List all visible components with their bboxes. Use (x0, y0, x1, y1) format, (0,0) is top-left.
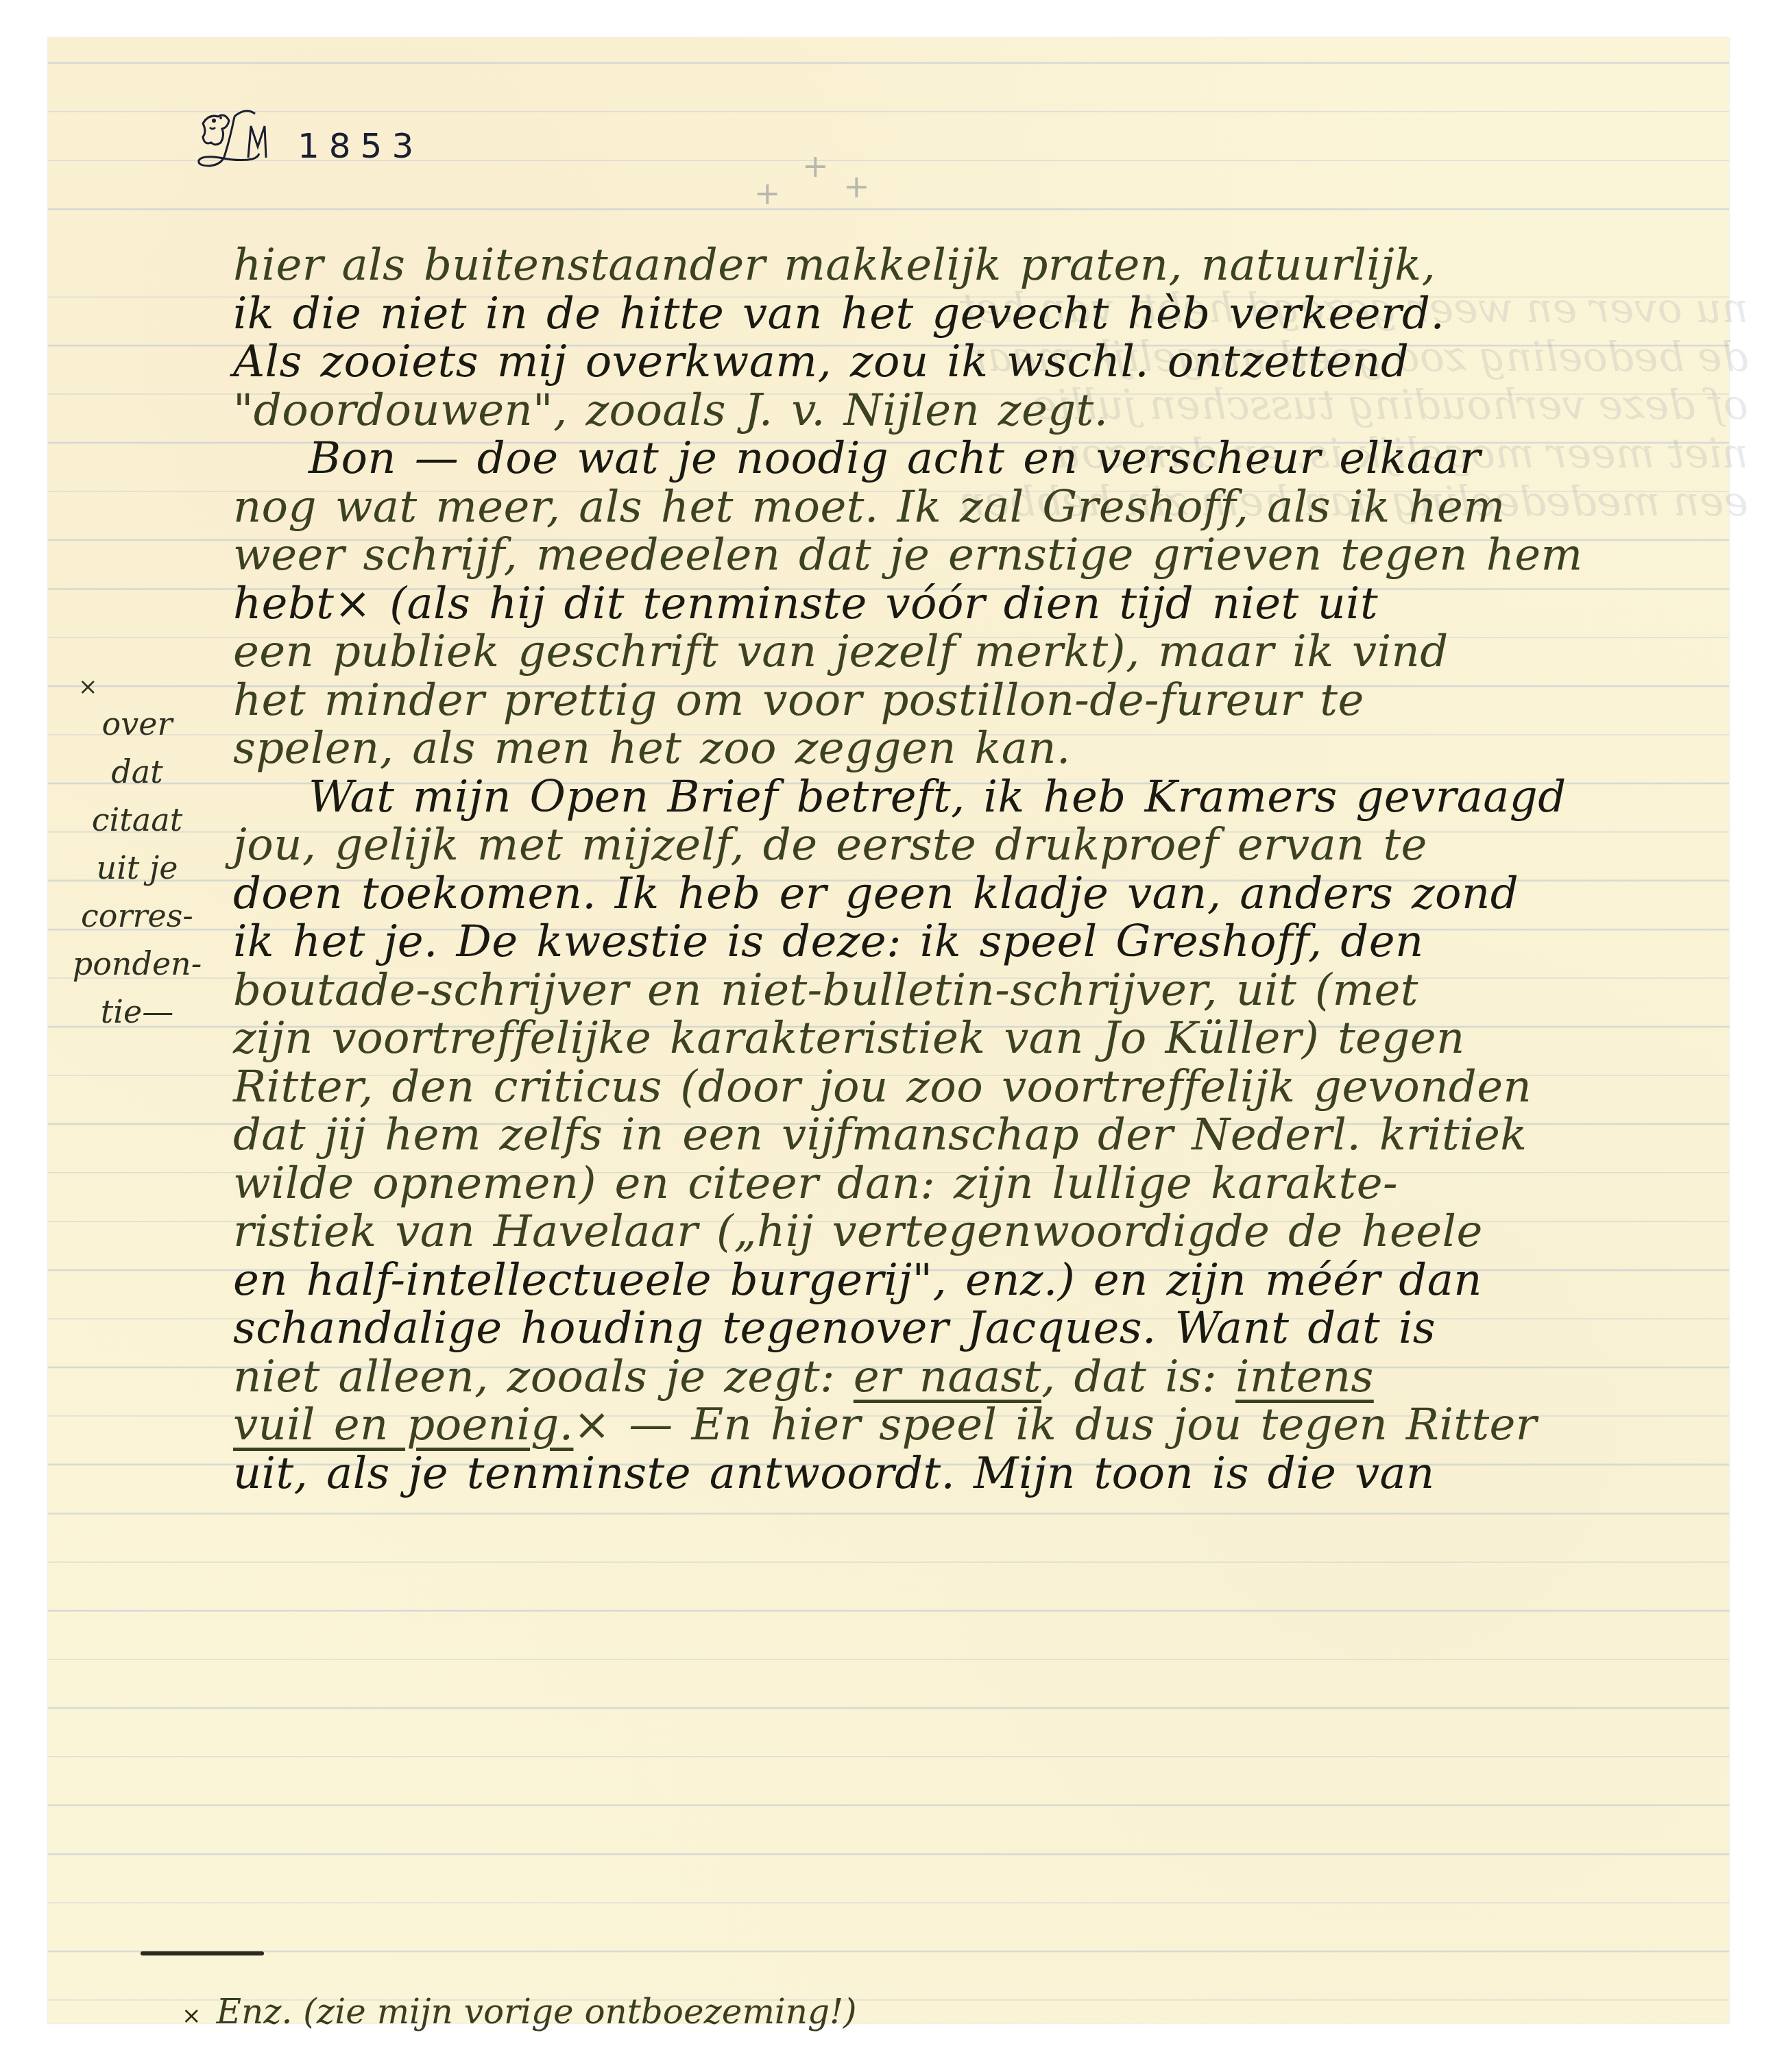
letter-line: ik die niet in de hitte van het gevecht … (233, 290, 1700, 339)
margin-note-line: corres- (69, 892, 206, 940)
underlined-phrase: er naast (854, 1352, 1041, 1402)
letter-line: wilde opnemen) en citeer dan: zijn lulli… (233, 1160, 1700, 1208)
footnote-marker: × (182, 2002, 202, 2030)
letter-line: een publiek geschrift van jezelf merkt),… (233, 628, 1700, 677)
letter-line: nog wat meer, als het moet. Ik zal Gresh… (233, 483, 1700, 532)
pencil-marks: + + + (740, 147, 878, 216)
margin-note-line: dat (69, 748, 206, 796)
letter-line: hebt× (als hij dit tenminste vóór dien t… (233, 580, 1700, 629)
letter-line: doen toekomen. Ik heb er geen kladje van… (233, 870, 1700, 918)
footnote-text: Enz. (zie mijn vorige ontboezeming!) (217, 1992, 857, 2032)
letter-line: spelen, als men het zoo zeggen kan. (233, 724, 1700, 773)
letter-line: Als zooiets mij overkwam, zou ik wschl. … (233, 338, 1700, 387)
letter-line: ristiek van Havelaar („hij vertegenwoord… (233, 1208, 1700, 1256)
margin-note-line: ponden- (69, 940, 206, 988)
footnote-divider (141, 1951, 264, 1955)
margin-note-line: over (69, 700, 206, 748)
letter-line-underlined: niet alleen, zooals je zegt: er naast, d… (233, 1353, 1700, 1402)
letter-line: ik het je. De kwestie is deze: ik speel … (233, 918, 1700, 966)
letter-line: uit, als je tenminste antwoordt. Mijn to… (233, 1450, 1700, 1498)
margin-annotation: × over dat citaat uit je corres- ponden-… (69, 675, 206, 1036)
margin-note-line: citaat (69, 796, 206, 844)
stamp-number: 1853 (298, 129, 423, 178)
letter-body: hier als buitenstaander makkelijk praten… (233, 241, 1700, 1498)
letter-line: weer schrijf, meedeelen dat je ernstige … (233, 531, 1700, 580)
margin-note-line: tie— (69, 988, 206, 1036)
letterhead-stamp: 1853 (193, 103, 423, 178)
letter-line: hier als buitenstaander makkelijk praten… (233, 241, 1700, 290)
letter-line: Wat mijn Open Brief betreft, ik heb Kram… (233, 773, 1700, 822)
letter-line: dat jij hem zelfs in een vijfmanschap de… (233, 1111, 1700, 1160)
letter-line: schandalige houding tegenover Jacques. W… (233, 1304, 1700, 1353)
plus-mark-icon: + (843, 168, 870, 205)
letter-line: en half-intellectueele burgerij", enz.) … (233, 1256, 1700, 1305)
letter-line-underlined: vuil en poenig.× — En hier speel ik dus … (233, 1401, 1700, 1450)
footnote-marker: × (69, 675, 206, 698)
letter-line: boutade-schrijver en niet-bulletin-schri… (233, 966, 1700, 1015)
underlined-phrase: vuil en poenig. (233, 1400, 573, 1450)
footnote: ×Enz. (zie mijn vorige ontboezeming!) (182, 1991, 857, 2036)
margin-note-line: uit je (69, 844, 206, 892)
letter-line: Ritter, den criticus (door jou zoo voort… (233, 1063, 1700, 1112)
letter-line: Bon — doe wat je noodig acht en verscheu… (233, 435, 1700, 483)
letter-line: jou, gelijk met mijzelf, de eerste drukp… (233, 821, 1700, 870)
lion-monogram-icon (193, 103, 282, 178)
letter-line: "doordouwen", zooals J. v. Nijlen zegt. (233, 387, 1700, 435)
plus-mark-icon: + (802, 147, 829, 184)
underlined-phrase: intens (1235, 1352, 1374, 1402)
letter-line: het minder prettig om voor postillon-de-… (233, 677, 1700, 725)
letter-line: zijn voortreffelijke karakteristiek van … (233, 1014, 1700, 1063)
plus-mark-icon: + (754, 175, 781, 212)
